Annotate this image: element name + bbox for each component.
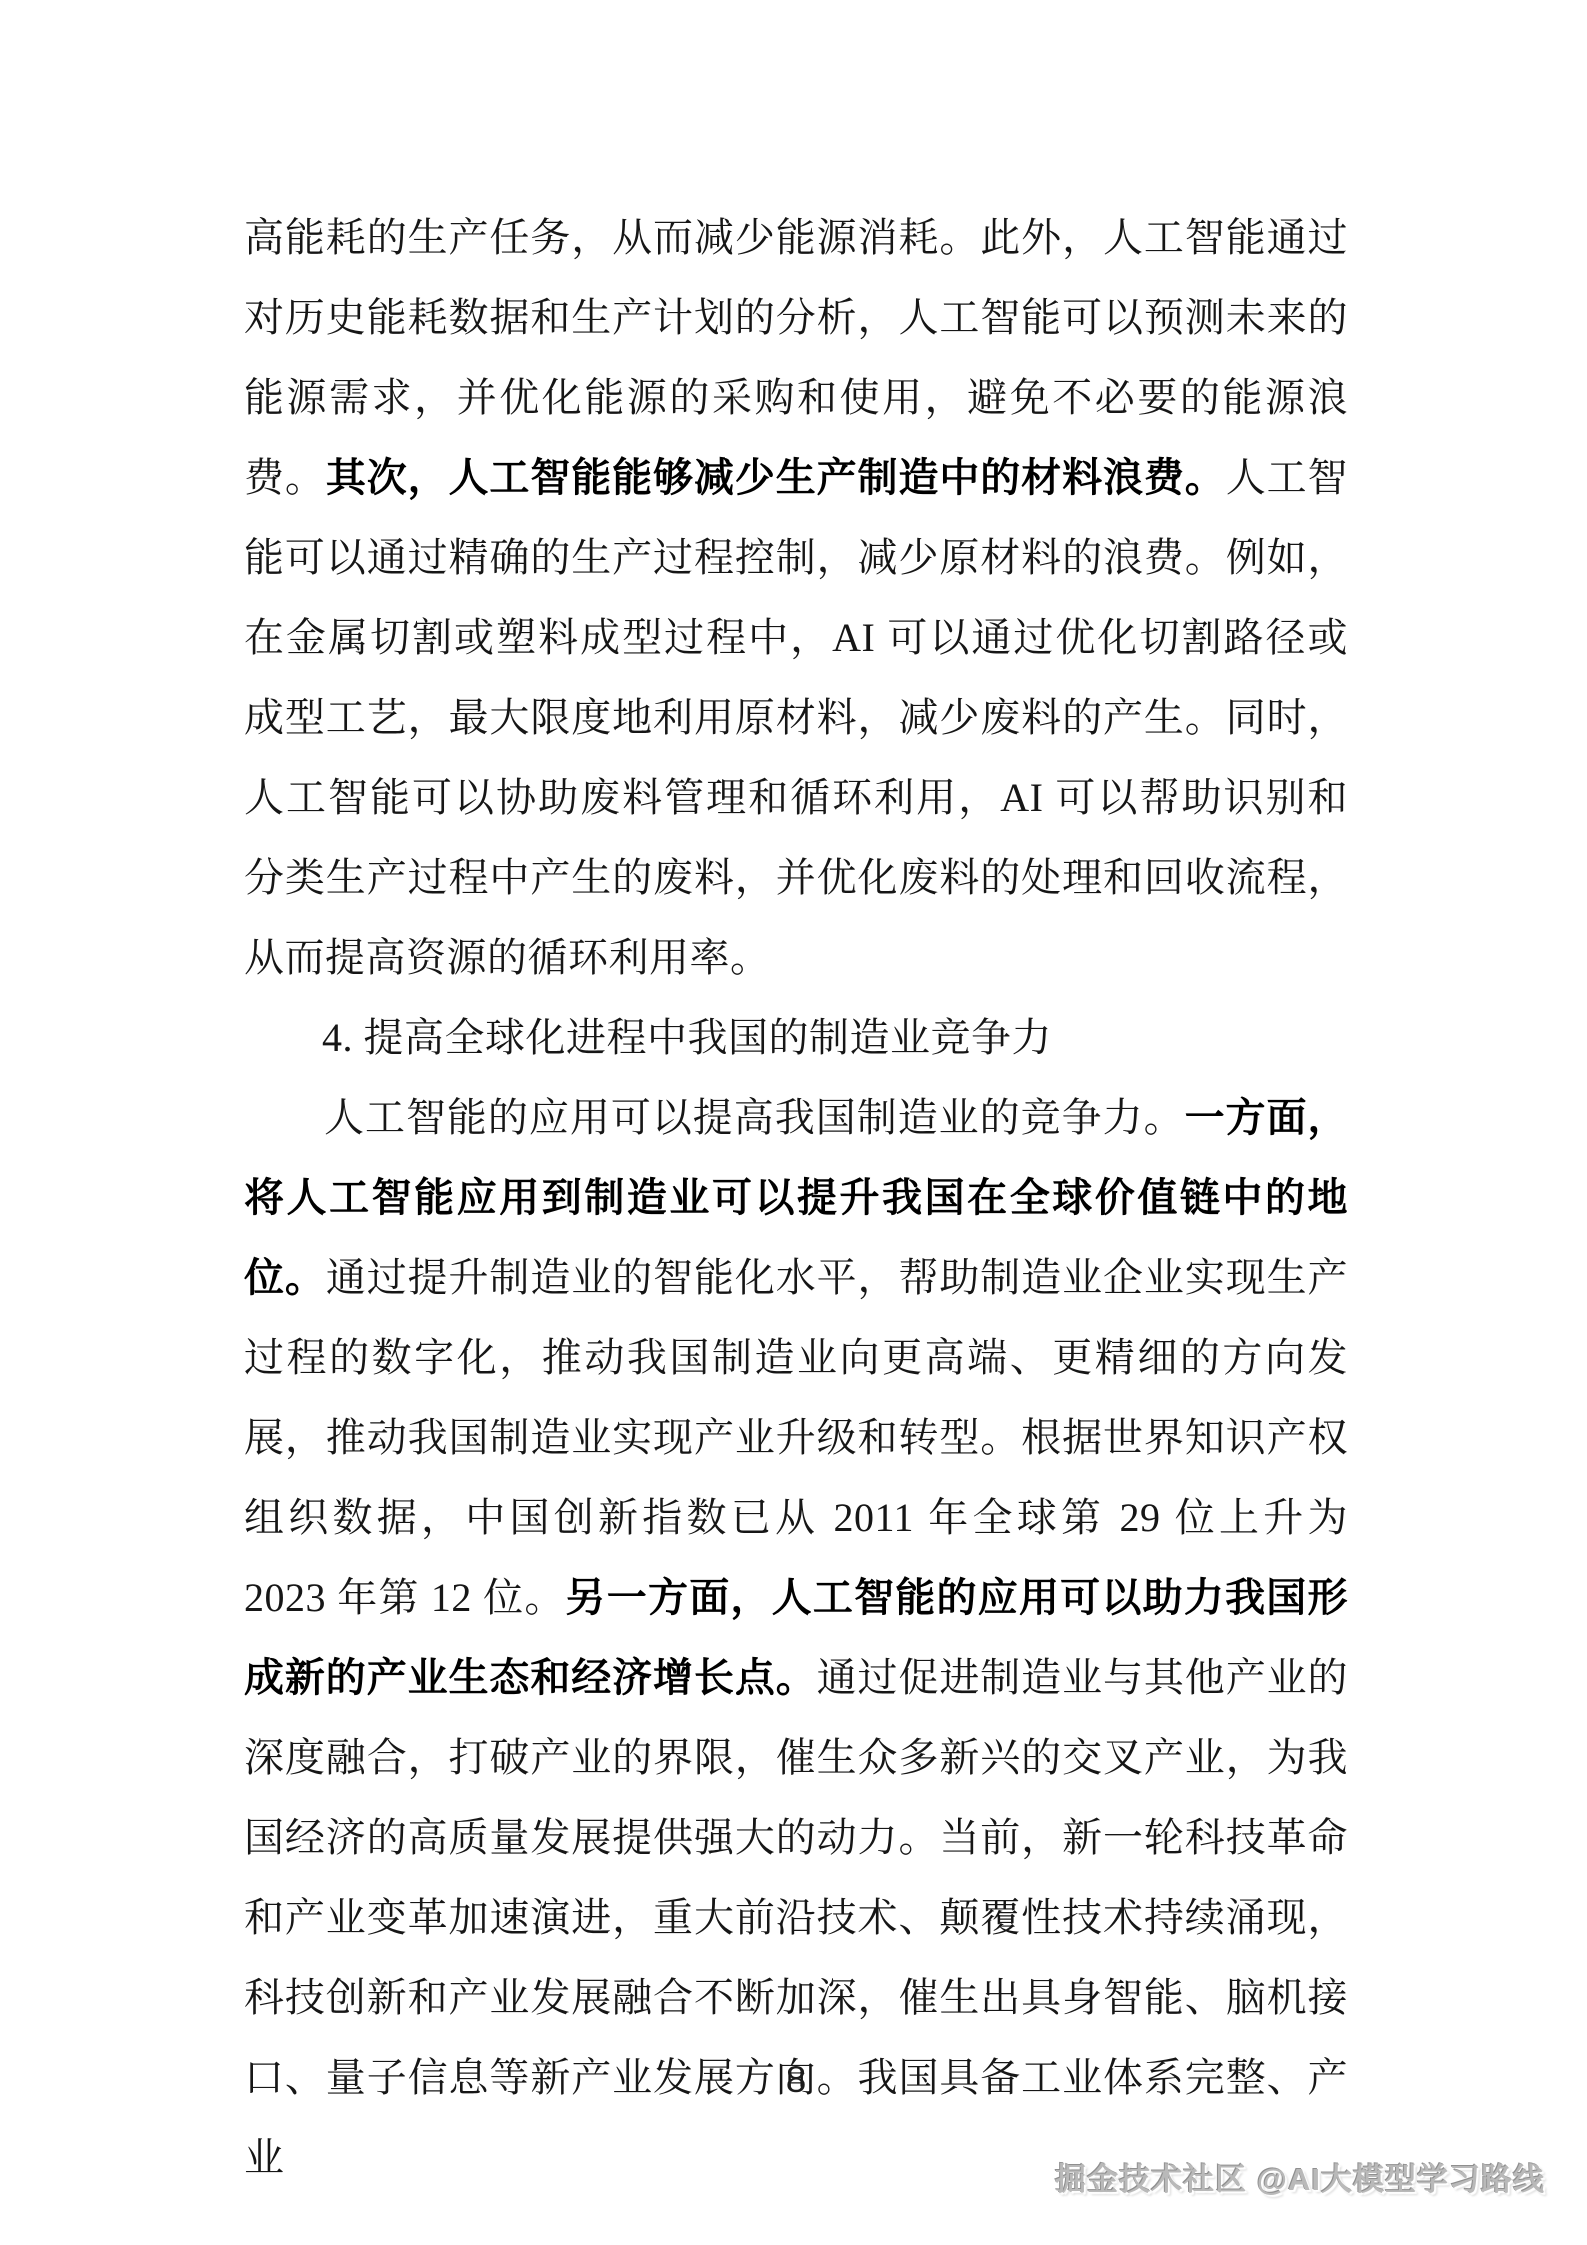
page-number: 8	[244, 2058, 1348, 2102]
section-heading: 4. 提高全球化进程中我国的制造业竞争力	[244, 998, 1348, 1078]
paragraph-continuation: 高能耗的生产任务，从而减少能源消耗。此外，人工智能通过对历史能耗数据和生产计划的…	[244, 198, 1348, 998]
bold-text-segment: 其次，人工智能能够减少生产制造中的材料浪费。	[326, 456, 1226, 500]
text-segment: 人工智能可以通过精确的生产过程控制，减少原材料的浪费。例如，在金属切割或塑料成型…	[244, 455, 1348, 980]
paragraph: 人工智能的应用可以提高我国制造业的竞争力。一方面，将人工智能应用到制造业可以提升…	[244, 1078, 1348, 2198]
text-segment: 通过提升制造业的智能化水平，帮助制造业企业实现生产过程的数字化，推动我国制造业向…	[244, 1255, 1348, 1620]
document-page: 高能耗的生产任务，从而减少能源消耗。此外，人工智能通过对历史能耗数据和生产计划的…	[0, 0, 1587, 2245]
watermark: 掘金技术社区 @AI大模型学习路线	[1055, 2162, 1545, 2198]
page-body: 高能耗的生产任务，从而减少能源消耗。此外，人工智能通过对历史能耗数据和生产计划的…	[244, 198, 1348, 2198]
text-segment: 人工智能的应用可以提高我国制造业的竞争力。	[324, 1095, 1185, 1140]
